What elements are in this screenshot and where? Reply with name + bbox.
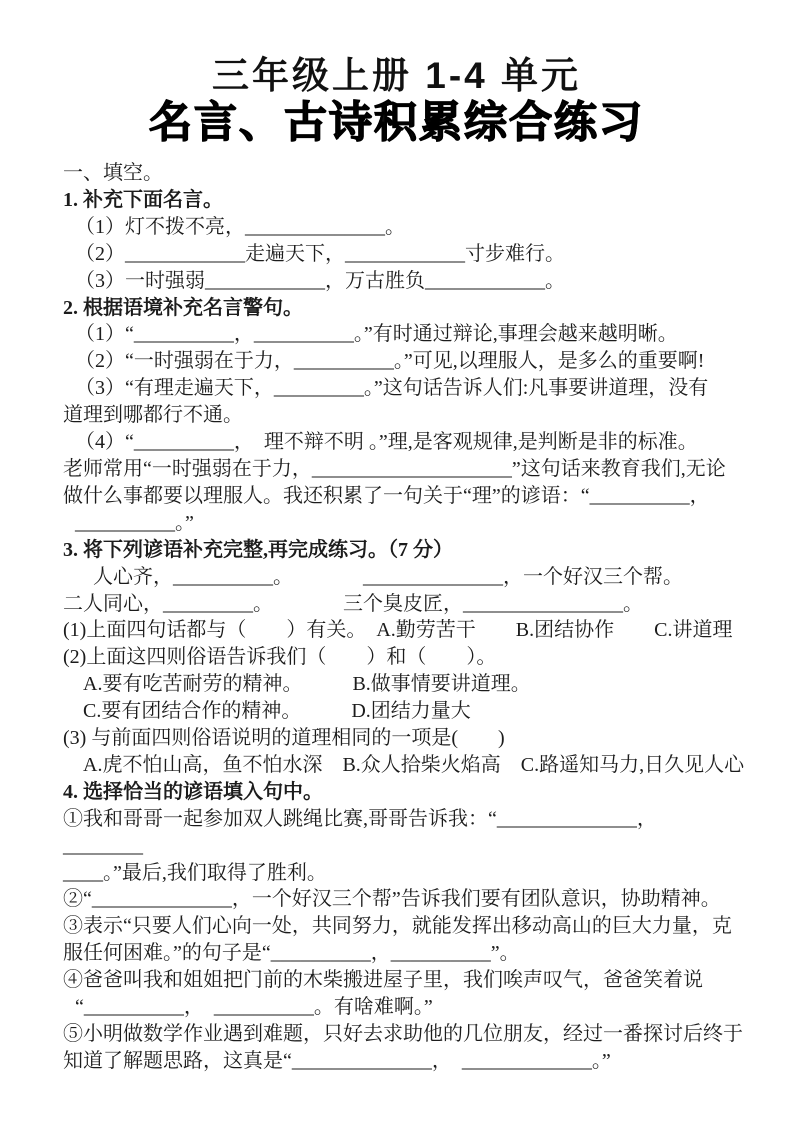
worksheet-title-block: 三年级上册 1-4 单元 名言、古诗积累综合练习 bbox=[0, 0, 793, 148]
worksheet-body: 一、填空。1. 补充下面名言。（1）灯不拨不亮，______________。（… bbox=[0, 148, 793, 1075]
q4-item-1: ①我和哥哥一起参加双人跳绳比赛,哥哥告诉我：“______________， _… bbox=[63, 806, 745, 860]
q4-item-4-cont: “__________， __________。有啥难啊。” bbox=[63, 994, 745, 1021]
q3-sub-2: (2)上面这四则俗语告诉我们（ ）和（ ）。 bbox=[63, 644, 745, 671]
q1-item-1: （1）灯不拨不亮，______________。 bbox=[63, 214, 745, 241]
q4-item-3-cont: 服任何困难。”的句子是“__________，__________”。 bbox=[63, 940, 745, 967]
worksheet-page: 三年级上册 1-4 单元 名言、古诗积累综合练习 一、填空。1. 补充下面名言。… bbox=[0, 0, 793, 1122]
q4-item-2: ②“______________，一个好汉三个帮”告诉我们要有团队意识，协助精神… bbox=[63, 886, 745, 913]
q2-heading: 2. 根据语境补充名言警句。 bbox=[63, 295, 745, 322]
q2-item-3-cont: 道理到哪都行不通。 bbox=[63, 402, 745, 429]
worksheet-title-line1: 三年级上册 1-4 单元 bbox=[0, 54, 793, 98]
q3-proverb-row-1: 人心齐，__________。 ______________，一个好汉三个帮。 bbox=[63, 564, 745, 591]
q2-item-3: （3）“有理走遍天下，_________。”这句话告诉人们:凡事要讲道理，没有 bbox=[63, 375, 745, 402]
q4-item-5-cont: 知道了解题思路，这真是“______________， ____________… bbox=[63, 1048, 745, 1075]
q2-item-1: （1）“__________，__________。”有时通过辩论,事理会越来越… bbox=[63, 321, 745, 348]
q3-sub-2-options-cd: C.要有团结合作的精神。 D.团结力量大 bbox=[63, 698, 745, 725]
q2-item-4-cont-3: __________。” bbox=[63, 510, 745, 537]
q4-item-5: ⑤小明做数学作业遇到难题，只好去求助他的几位朋友，经过一番探讨后终于 bbox=[63, 1021, 745, 1048]
q3-heading: 3. 将下列谚语补充完整,再完成练习。（7 分） bbox=[63, 537, 745, 564]
q2-item-4-cont-1: 老师常用“一时强弱在于力，____________________”这句话来教育… bbox=[63, 456, 745, 483]
q1-item-3: （3）一时强弱____________，万古胜负____________。 bbox=[63, 268, 745, 295]
worksheet-title-line2: 名言、古诗积累综合练习 bbox=[0, 98, 793, 148]
q3-sub-2-options-ab: A.要有吃苦耐劳的精神。 B.做事情要讲道理。 bbox=[63, 671, 745, 698]
q1-item-2: （2）____________走遍天下，____________寸步难行。 bbox=[63, 241, 745, 268]
q3-sub-3: (3) 与前面四则俗语说明的道理相同的一项是( ) bbox=[63, 725, 745, 752]
q1-heading: 1. 补充下面名言。 bbox=[63, 187, 745, 214]
section-one-heading: 一、填空。 bbox=[63, 160, 745, 187]
q2-item-4: （4）“__________， 理不辩不明 。”理,是客观规律,是判断是非的标准… bbox=[63, 429, 745, 456]
q4-item-3: ③表示“只要人们心向一处，共同努力，就能发挥出移动高山的巨大力量，克 bbox=[63, 913, 745, 940]
q4-heading: 4. 选择恰当的谚语填入句中。 bbox=[63, 779, 745, 806]
q3-sub-1: (1)上面四句话都与（ ）有关。 A.勤劳苦干 B.团结协作 C.讲道理 bbox=[63, 617, 745, 644]
q3-proverb-row-2: 二人同心，_________。 三个臭皮匠，________________。 bbox=[63, 591, 745, 618]
q2-item-4-cont-2: 做什么事都要以理服人。我还积累了一句关于“理”的谚语：“__________， bbox=[63, 483, 745, 510]
q2-item-2: （2）“一时强弱在于力，__________。”可见,以理服人，是多么的重要啊! bbox=[63, 348, 745, 375]
q4-item-4: ④爸爸叫我和姐姐把门前的木柴搬进屋子里，我们唉声叹气，爸爸笑着说 bbox=[63, 967, 745, 994]
q3-sub-3-options: A.虎不怕山高，鱼不怕水深 B.众人拾柴火焰高 C.路遥知马力,日久见人心 bbox=[63, 752, 745, 779]
q4-item-1-cont: ____。”最后,我们取得了胜利。 bbox=[63, 860, 745, 887]
